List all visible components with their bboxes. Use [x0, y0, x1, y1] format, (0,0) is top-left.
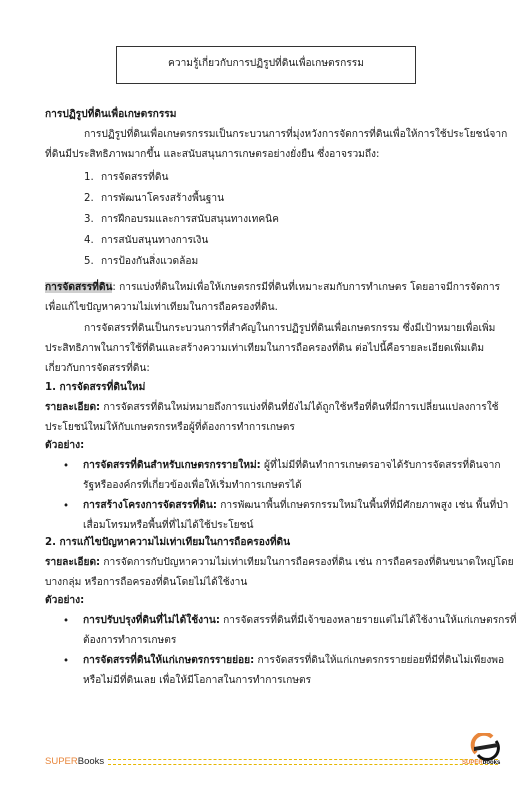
page-footer: SUPERBooks [45, 757, 498, 767]
bullet-icon: • [63, 502, 69, 512]
allocation-para-2: ประสิทธิภาพในการใช้ที่ดินและสร้างความเท่… [45, 344, 490, 354]
allocation-definition: การจัดสรรที่ดิน: การแบ่งที่ดินใหม่เพื่อใ… [45, 283, 490, 293]
sub2-bullet-1-cont: ต้องการทำการเกษตร [83, 636, 176, 646]
allocation-def-line-2: เพื่อแก้ไขปัญหาความไม่เท่าเทียมในการถือค… [45, 303, 490, 313]
sub1-detail-1: รายละเอียด: การจัดสรรที่ดินใหม่หมายถึงกา… [45, 403, 490, 413]
list-item: 3.การฝึกอบรมและการสนับสนุนทางเทคนิค [84, 215, 279, 225]
sub2-bullet-2: การจัดสรรที่ดินให้แก่เกษตรกรรายย่อย: การ… [83, 656, 504, 666]
allocation-label: การจัดสรรที่ดิน [45, 282, 112, 293]
sub2-heading: 2. การแก้ไขปัญหาความไม่เท่าเทียมในการถือ… [45, 538, 490, 548]
footer-divider [108, 759, 498, 765]
sub2-detail-2: บางกลุ่ม หรือการถือครองที่ดินโดยไม่ได้ใช… [45, 578, 490, 588]
list-item: 5.การป้องกันสิ่งแวดล้อม [84, 257, 198, 267]
intro-line-2: ที่ดินมีประสิทธิภาพมากขึ้น และสนับสนุนกา… [45, 150, 490, 160]
sub2-example-label: ตัวอย่าง: [45, 596, 490, 606]
list-item: 1.การจัดสรรที่ดิน [84, 173, 168, 183]
sub2-detail-1: รายละเอียด: การจัดการกับปัญหาความไม่เท่า… [45, 558, 490, 568]
sub1-detail-2: ประโยชน์ใหม่ให้กับเกษตรกรหรือผู้ที่ต้องก… [45, 423, 490, 433]
section-heading: การปฏิรูปที่ดินเพื่อเกษตรกรรม [45, 110, 490, 120]
bullet-icon: • [63, 657, 69, 667]
footer-brand-super: SUPER [45, 757, 78, 767]
footer-brand-books: Books [78, 757, 104, 767]
title-box: ความรู้เกี่ยวกับการปฏิรูปที่ดินเพื่อเกษต… [116, 46, 416, 84]
sub1-bullet-2-cont: เสื่อมโทรมหรือพื้นที่ที่ไม่ได้ใช้ประโยชน… [83, 521, 254, 531]
sub1-example-label: ตัวอย่าง: [45, 441, 490, 451]
sub1-bullet-1: การจัดสรรที่ดินสำหรับเกษตรกรรายใหม่: ผู้… [83, 461, 501, 471]
superbooks-logo: SUPERbooks [462, 733, 512, 769]
sub1-bullet-2: การสร้างโครงการจัดสรรที่ดิน: การพัฒนาพื้… [83, 501, 508, 511]
allocation-para-3: เกี่ยวกับการจัดสรรที่ดิน: [45, 364, 490, 374]
sub1-heading: 1. การจัดสรรที่ดินใหม่ [45, 383, 490, 393]
book-swirl-icon [462, 733, 512, 761]
bullet-icon: • [63, 617, 69, 627]
list-item: 4.การสนับสนุนทางการเงิน [84, 236, 208, 246]
sub1-bullet-1-cont: รัฐหรือองค์กรที่เกี่ยวข้องเพื่อให้เริ่มท… [83, 481, 302, 491]
sub2-bullet-2-cont: หรือไม่มีที่ดินเลย เพื่อให้มีโอกาสในการท… [83, 676, 311, 686]
list-item: 2.การพัฒนาโครงสร้างพื้นฐาน [84, 194, 224, 204]
intro-line-1: การปฏิรูปที่ดินเพื่อเกษตรกรรมเป็นกระบวนก… [84, 130, 527, 140]
page-title: ความรู้เกี่ยวกับการปฏิรูปที่ดินเพื่อเกษต… [168, 59, 364, 83]
allocation-para-1: การจัดสรรที่ดินเป็นกระบวนการที่สำคัญในกา… [84, 324, 527, 334]
sub2-bullet-1: การปรับปรุงที่ดินที่ไม่ได้ใช้งาน: การจัด… [83, 616, 517, 626]
bullet-icon: • [63, 462, 69, 472]
